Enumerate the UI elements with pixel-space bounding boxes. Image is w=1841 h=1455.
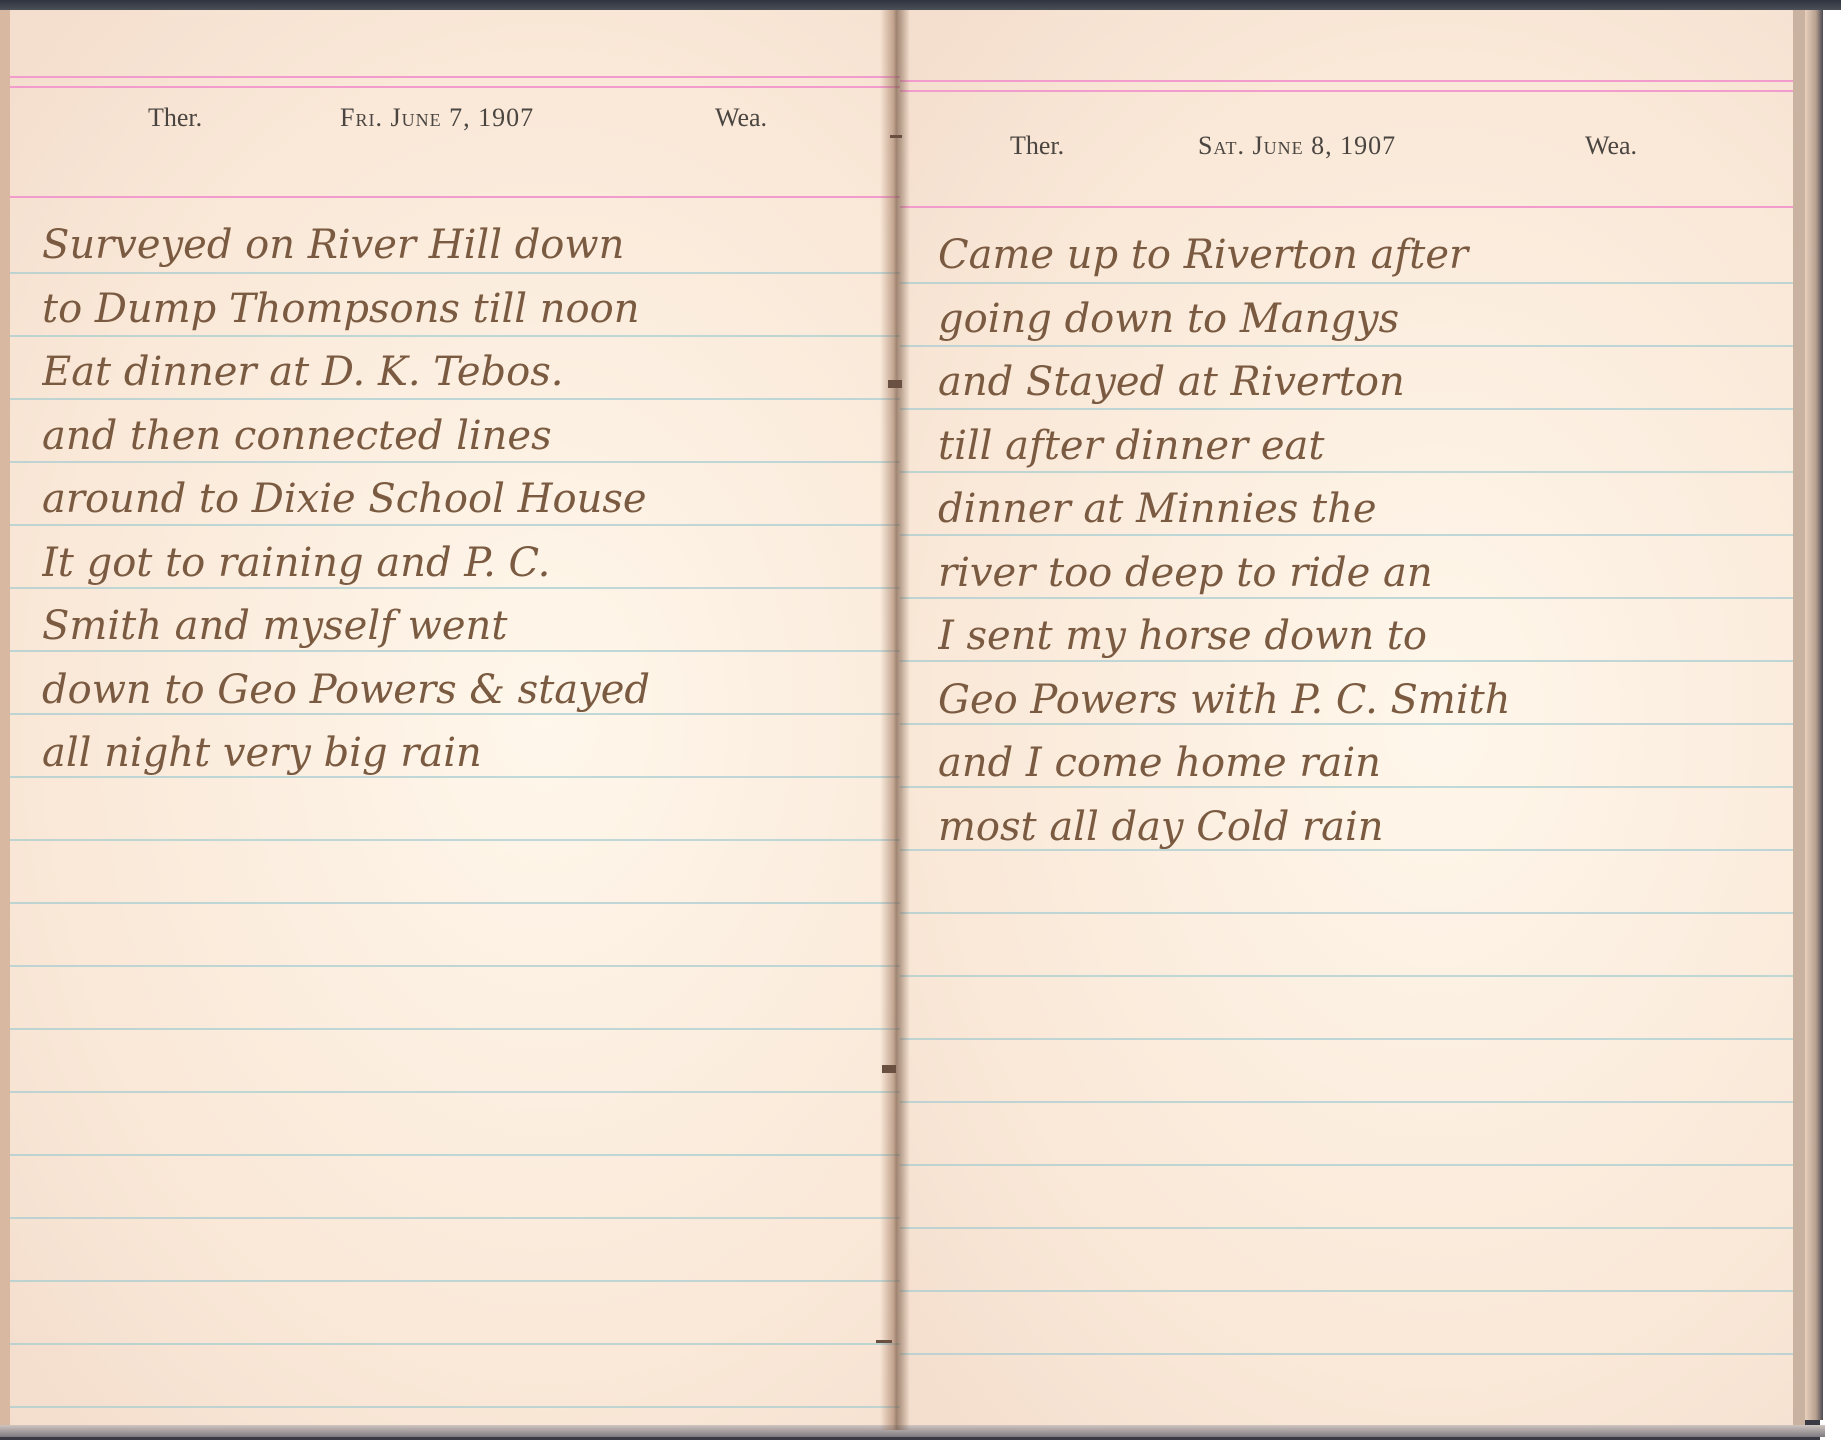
ruled-line: [900, 1290, 1793, 1292]
entry-line: to Dump Thompsons till noon: [42, 278, 880, 342]
entry-line: going down to Mangys: [938, 288, 1773, 352]
header-rule-bottom: [900, 206, 1793, 208]
entry-line: and I come home rain: [938, 732, 1773, 796]
entry-line: Geo Powers with P. C. Smith: [938, 669, 1773, 733]
ruled-line: [900, 1227, 1793, 1229]
header-rule-top-2: [10, 86, 900, 88]
entry-line: Eat dinner at D. K. Tebos.: [42, 341, 880, 405]
book-bottom-edge: [0, 1425, 1825, 1437]
entry-line: river too deep to ride an: [938, 542, 1773, 606]
ruled-line: [900, 1038, 1793, 1040]
entry-line: most all day Cold rain: [938, 796, 1773, 860]
binding-stitch: [882, 1065, 896, 1073]
page-date: Sat. June 8, 1907: [1198, 131, 1396, 161]
ruled-line: [10, 1406, 900, 1408]
wea-label: Wea.: [715, 103, 767, 133]
entry-line: all night very big rain: [42, 722, 880, 786]
ruled-line: [900, 1101, 1793, 1103]
ruled-line: [10, 1028, 900, 1030]
header-rule-bottom: [10, 196, 900, 198]
ruled-line: [10, 1217, 900, 1219]
entry-line: Surveyed on River Hill down: [42, 214, 880, 278]
entry-line: I sent my horse down to: [938, 605, 1773, 669]
page-date: Fri. June 7, 1907: [340, 103, 534, 133]
left-page-entry: Surveyed on River Hill down to Dump Thom…: [42, 214, 880, 786]
entry-line: It got to raining and P. C.: [42, 532, 880, 596]
right-page-header: Ther. Sat. June 8, 1907 Wea.: [900, 131, 1793, 171]
header-rule-top-1: [10, 76, 900, 78]
entry-line: around to Dixie School House: [42, 468, 880, 532]
book-spine-gutter: [880, 10, 910, 1430]
entry-line: Smith and myself went: [42, 595, 880, 659]
ruled-line: [10, 1091, 900, 1093]
entry-line: and Stayed at Riverton: [938, 351, 1773, 415]
ther-label: Ther.: [1010, 131, 1064, 161]
entry-line: Came up to Riverton after: [938, 224, 1773, 288]
ruled-line: [900, 912, 1793, 914]
binding-stitch: [888, 380, 902, 388]
ruled-line: [900, 975, 1793, 977]
ruled-line: [10, 1154, 900, 1156]
ruled-line: [900, 1164, 1793, 1166]
ther-label: Ther.: [148, 103, 202, 133]
ruled-line: [10, 965, 900, 967]
entry-line: down to Geo Powers & stayed: [42, 659, 880, 723]
ruled-line: [10, 902, 900, 904]
entry-line: dinner at Minnies the: [938, 478, 1773, 542]
entry-line: till after dinner eat: [938, 415, 1773, 479]
left-page: Ther. Fri. June 7, 1907 Wea. Surveyed on…: [0, 10, 900, 1425]
entry-line: and then connected lines: [42, 405, 880, 469]
left-page-header: Ther. Fri. June 7, 1907 Wea.: [10, 103, 900, 143]
header-rule-top-1: [900, 80, 1793, 82]
right-page-entry: Came up to Riverton after going down to …: [938, 224, 1773, 859]
book-top-edge: [0, 0, 1841, 10]
binding-stitch: [890, 135, 902, 138]
ruled-line: [10, 1343, 900, 1345]
binding-stitch: [876, 1340, 892, 1343]
wea-label: Wea.: [1585, 131, 1637, 161]
header-rule-top-2: [900, 90, 1793, 92]
right-page: Ther. Sat. June 8, 1907 Wea. Came up to …: [900, 10, 1805, 1430]
ruled-line: [10, 1280, 900, 1282]
ruled-line: [900, 1353, 1793, 1355]
ruled-line: [10, 839, 900, 841]
page-edges: [1805, 10, 1823, 1420]
